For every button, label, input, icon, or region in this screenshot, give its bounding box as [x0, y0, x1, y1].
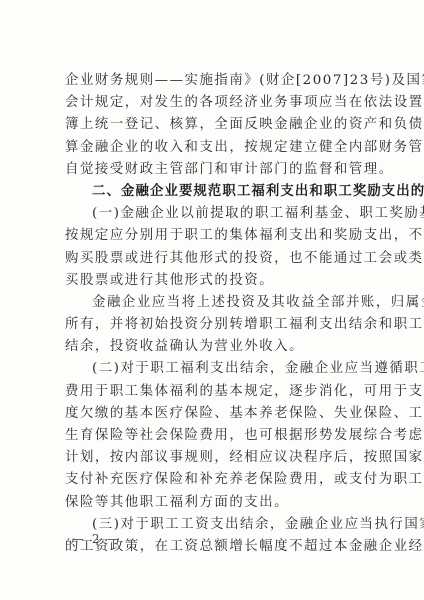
text-line: 支付补充医疗保险和补充养老保险费用，或支付为职工购买商业: [65, 469, 379, 491]
text-line: 算金融企业的收入和支出，按规定建立健全内部财务管理制度，: [65, 137, 379, 159]
text-line: 计划，按内部议事规则，经相应议决程序后，按照国家有关规定: [65, 447, 379, 469]
paragraph-start-line: (一)金融企业以前提取的职工福利基金、职工奖励基金等: [65, 203, 379, 225]
text-line: 簿上统一登记、核算，全面反映金融企业的资产和负债，正确核: [65, 114, 379, 136]
text-line: 企业财务规则——实施指南》(财企[2007]23号)及国家有关财务: [65, 70, 379, 92]
text-line: 会计规定，对发生的各项经济业务事项应当在依法设置的会计账: [65, 92, 379, 114]
text-line: 自觉接受财政主管部门和审计部门的监督和管理。: [65, 159, 379, 181]
paragraph-start-line: 金融企业应当将上述投资及其收益全部并账，归属金融企业: [65, 292, 379, 314]
document-body: 企业财务规则——实施指南》(财企[2007]23号)及国家有关财务 会计规定，对…: [65, 70, 379, 558]
text-line: 结余，投资收益确认为营业外收入。: [65, 336, 379, 358]
document-page: 企业财务规则——实施指南》(财企[2007]23号)及国家有关财务 会计规定，对…: [0, 0, 424, 600]
text-line: 度欠缴的基本医疗保险、基本养老保险、失业保险、工伤保险和: [65, 403, 379, 425]
section-heading: 二、金融企业要规范职工福利支出和职工奖励支出的管理: [65, 181, 379, 203]
text-line: 生育保险等社会保险费用，也可根据形势发展综合考虑职工福利: [65, 425, 379, 447]
page-number: — 2 —: [72, 532, 121, 546]
text-line: 按规定应分别用于职工的集体福利支出和奖励支出，不能挪用于: [65, 225, 379, 247]
paragraph-start-line: (二)对于职工福利支出结余，金融企业应当遵循职工福利: [65, 358, 379, 380]
text-line: 费用于职工集体福利的基本规定，逐步消化，可用于支付以前年: [65, 381, 379, 403]
text-line: 所有，并将初始投资分别转增职工福利支出结余和职工工资支出: [65, 314, 379, 336]
text-line: 购买股票或进行其他形式的投资，也不能通过工会或类似组织购: [65, 248, 379, 270]
text-line: 保险等其他职工福利方面的支出。: [65, 492, 379, 514]
text-line: 买股票或进行其他形式的投资。: [65, 270, 379, 292]
